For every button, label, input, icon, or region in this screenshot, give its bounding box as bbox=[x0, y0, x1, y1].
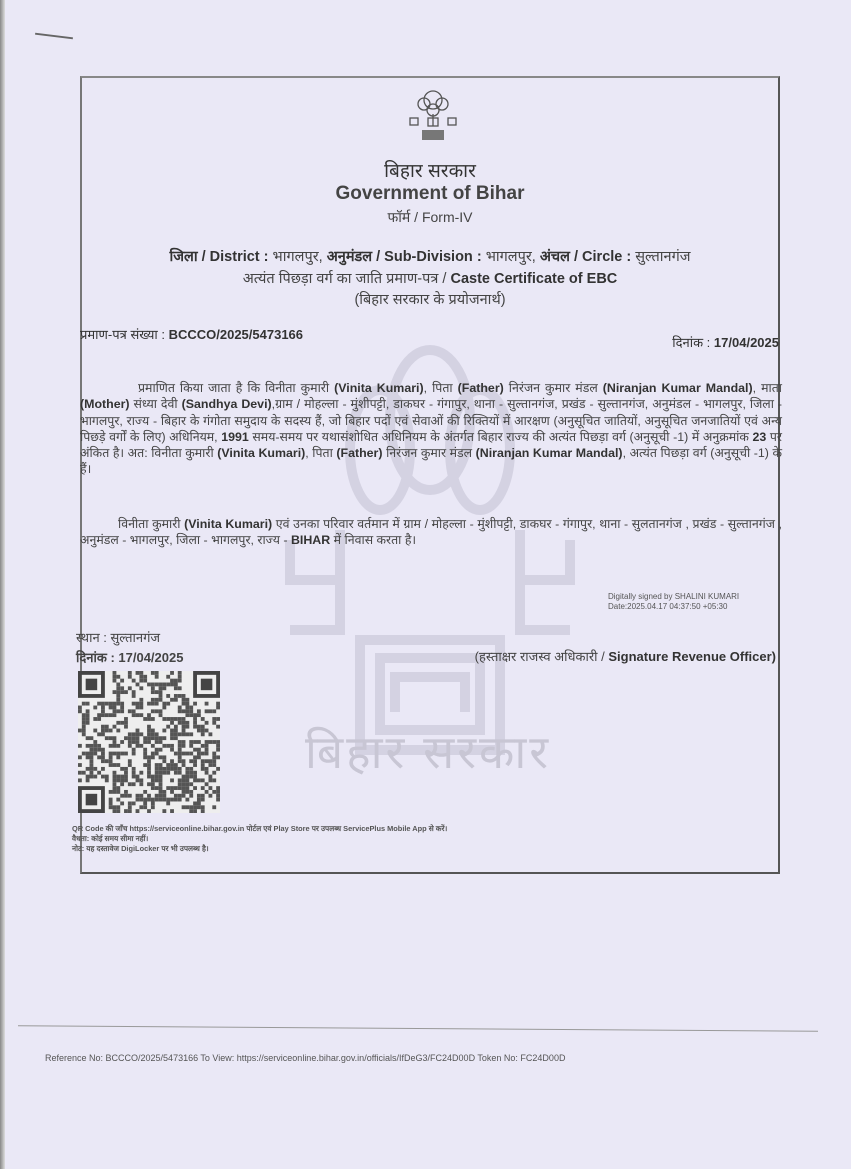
subdivision-value: भागलपुर, bbox=[486, 249, 536, 265]
circle-label: अंचल / Circle : bbox=[540, 249, 631, 265]
certificate-date-value: 17/04/2025 bbox=[714, 335, 779, 350]
certificate-date-label: दिनांक : bbox=[672, 335, 710, 350]
qr-code[interactable] bbox=[78, 671, 220, 813]
digital-signature: Digitally signed by SHALINI KUMARI Date:… bbox=[608, 592, 739, 612]
district-label: जिला / District : bbox=[169, 249, 268, 265]
watermark-text: बिहार सरकार bbox=[305, 720, 551, 782]
officer-signature-label: (हस्ताक्षर राजस्व अधिकारी / Signature Re… bbox=[475, 647, 776, 665]
hindi-header: बिहार सरकार bbox=[80, 157, 780, 183]
certificate-date: दिनांक : 17/04/2025 bbox=[672, 333, 779, 351]
district-value: भागलपुर, bbox=[273, 249, 323, 265]
bihar-emblem-icon bbox=[402, 86, 464, 142]
location-line: जिला / District : भागलपुर, अनुमंडल / Sub… bbox=[80, 246, 780, 266]
form-label: फॉर्म / Form-IV bbox=[80, 208, 780, 227]
place-date: दिनांक : 17/04/2025 bbox=[76, 648, 183, 666]
validity-note: वैधता: कोई समय सीमा नहीं। bbox=[72, 834, 148, 844]
certificate-title: अत्यंत पिछड़ा वर्ग का जाति प्रमाण-पत्र /… bbox=[80, 268, 780, 288]
certificate-number: प्रमाण-पत्र संख्या : BCCCO/2025/5473166 bbox=[80, 325, 303, 343]
title-hindi: अत्यंत पिछड़ा वर्ग का जाति प्रमाण-पत्र / bbox=[243, 271, 447, 287]
english-header: Government of Bihar bbox=[80, 183, 780, 205]
subdivision-label: अनुमंडल / Sub-Division : bbox=[327, 249, 482, 265]
digilocker-note: नोट: यह दस्तावेज DigiLocker पर भी उपलब्ध… bbox=[72, 844, 209, 854]
scan-edge bbox=[0, 0, 5, 1169]
footer-divider bbox=[18, 1025, 818, 1032]
certificate-number-label: प्रमाण-पत्र संख्या : bbox=[80, 327, 165, 342]
certificate-number-value: BCCCO/2025/5473166 bbox=[169, 327, 303, 342]
certificate-purpose: (बिहार सरकार के प्रयोजनार्थ) bbox=[80, 289, 780, 309]
digital-signature-signer: Digitally signed by SHALINI KUMARI bbox=[608, 592, 739, 602]
place: स्थान : सुल्तानगंज bbox=[76, 628, 160, 646]
reference-footer: Reference No: BCCCO/2025/5473166 To View… bbox=[45, 1053, 565, 1063]
digital-signature-date: Date:2025.04.17 04:37:50 +05:30 bbox=[608, 602, 739, 612]
title-english: Caste Certificate of EBC bbox=[450, 271, 617, 287]
circle-value: सुल्तानगंज bbox=[635, 249, 690, 265]
qr-verify-note: QR Code की जाँच https://serviceonline.bi… bbox=[72, 824, 447, 834]
residence-paragraph: विनीता कुमारी (Vinita Kumari) एवं उनका प… bbox=[80, 516, 782, 549]
certification-paragraph: प्रमाणित किया जाता है कि विनीता कुमारी (… bbox=[80, 380, 782, 478]
scan-mark bbox=[35, 33, 73, 40]
